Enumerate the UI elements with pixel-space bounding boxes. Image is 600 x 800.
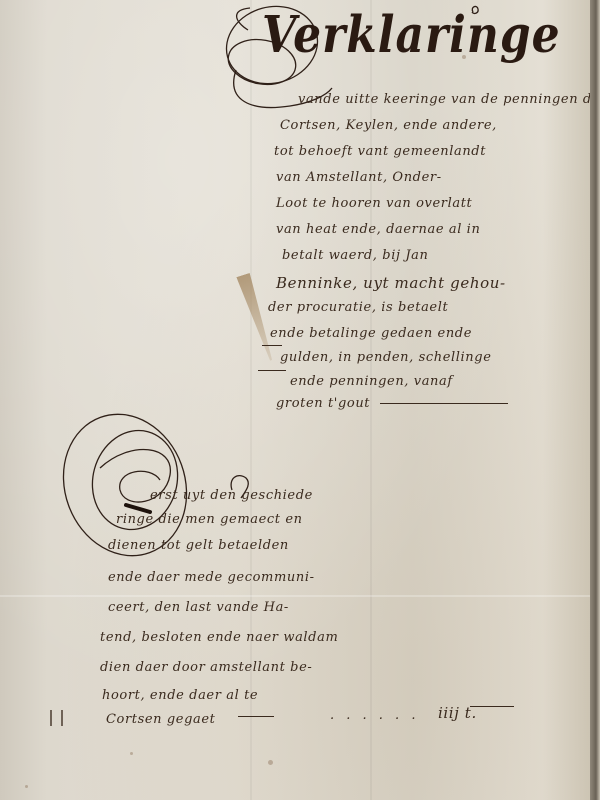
text-line: vande uitte keeringe van de penningen de… [298,92,600,107]
text-line: dienen tot gelt betaelden [108,538,289,553]
text-line: ende penningen, vanaf [290,374,453,389]
text-dots: . . . . . . [330,708,419,723]
text-line: ende daer mede gecommuni- [108,570,315,585]
text-line: ceert, den last vande Ha- [108,600,289,615]
text-line: Cortsen, Keylen, ende andere, [280,118,497,133]
manuscript-page: Verklaringe vande uitte keeringe van de … [0,0,590,800]
text-line: dien daer door amstellant be- [100,660,312,675]
text-line: Cortsen gegaet [106,712,216,727]
text-line: groten t'gout [276,396,370,411]
text-line: Benninke, uyt macht gehou- [276,274,506,292]
line-filler [470,706,514,707]
text-line: der procuratie, is betaelt [268,300,448,315]
text-line: Loot te hooren van overlatt [276,196,472,211]
text-line: hoort, ende daer al te [102,688,258,703]
text-line: betalt waerd, bij Jan [282,248,428,263]
text-line: tot behoeft vant gemeenlandt [274,144,486,159]
text-line: gulden, in penden, schellinge [280,350,492,365]
text-line: ende betalinge gedaen ende [270,326,472,341]
text-line: erst uyt den geschiede [150,488,313,503]
line-filler [380,403,508,404]
line-filler [238,716,274,717]
text-line: ringe die men gemaect en [116,512,303,527]
document-title: Verklaringe [262,6,561,65]
text-line: van Amstellant, Onder- [276,170,442,185]
page-edge-shadow [590,0,600,800]
text-line: van heat ende, daernae al in [276,222,480,237]
line-filler [262,345,282,346]
text-line: tend, besloten ende naer waldam [100,630,338,645]
line-filler [258,370,286,371]
